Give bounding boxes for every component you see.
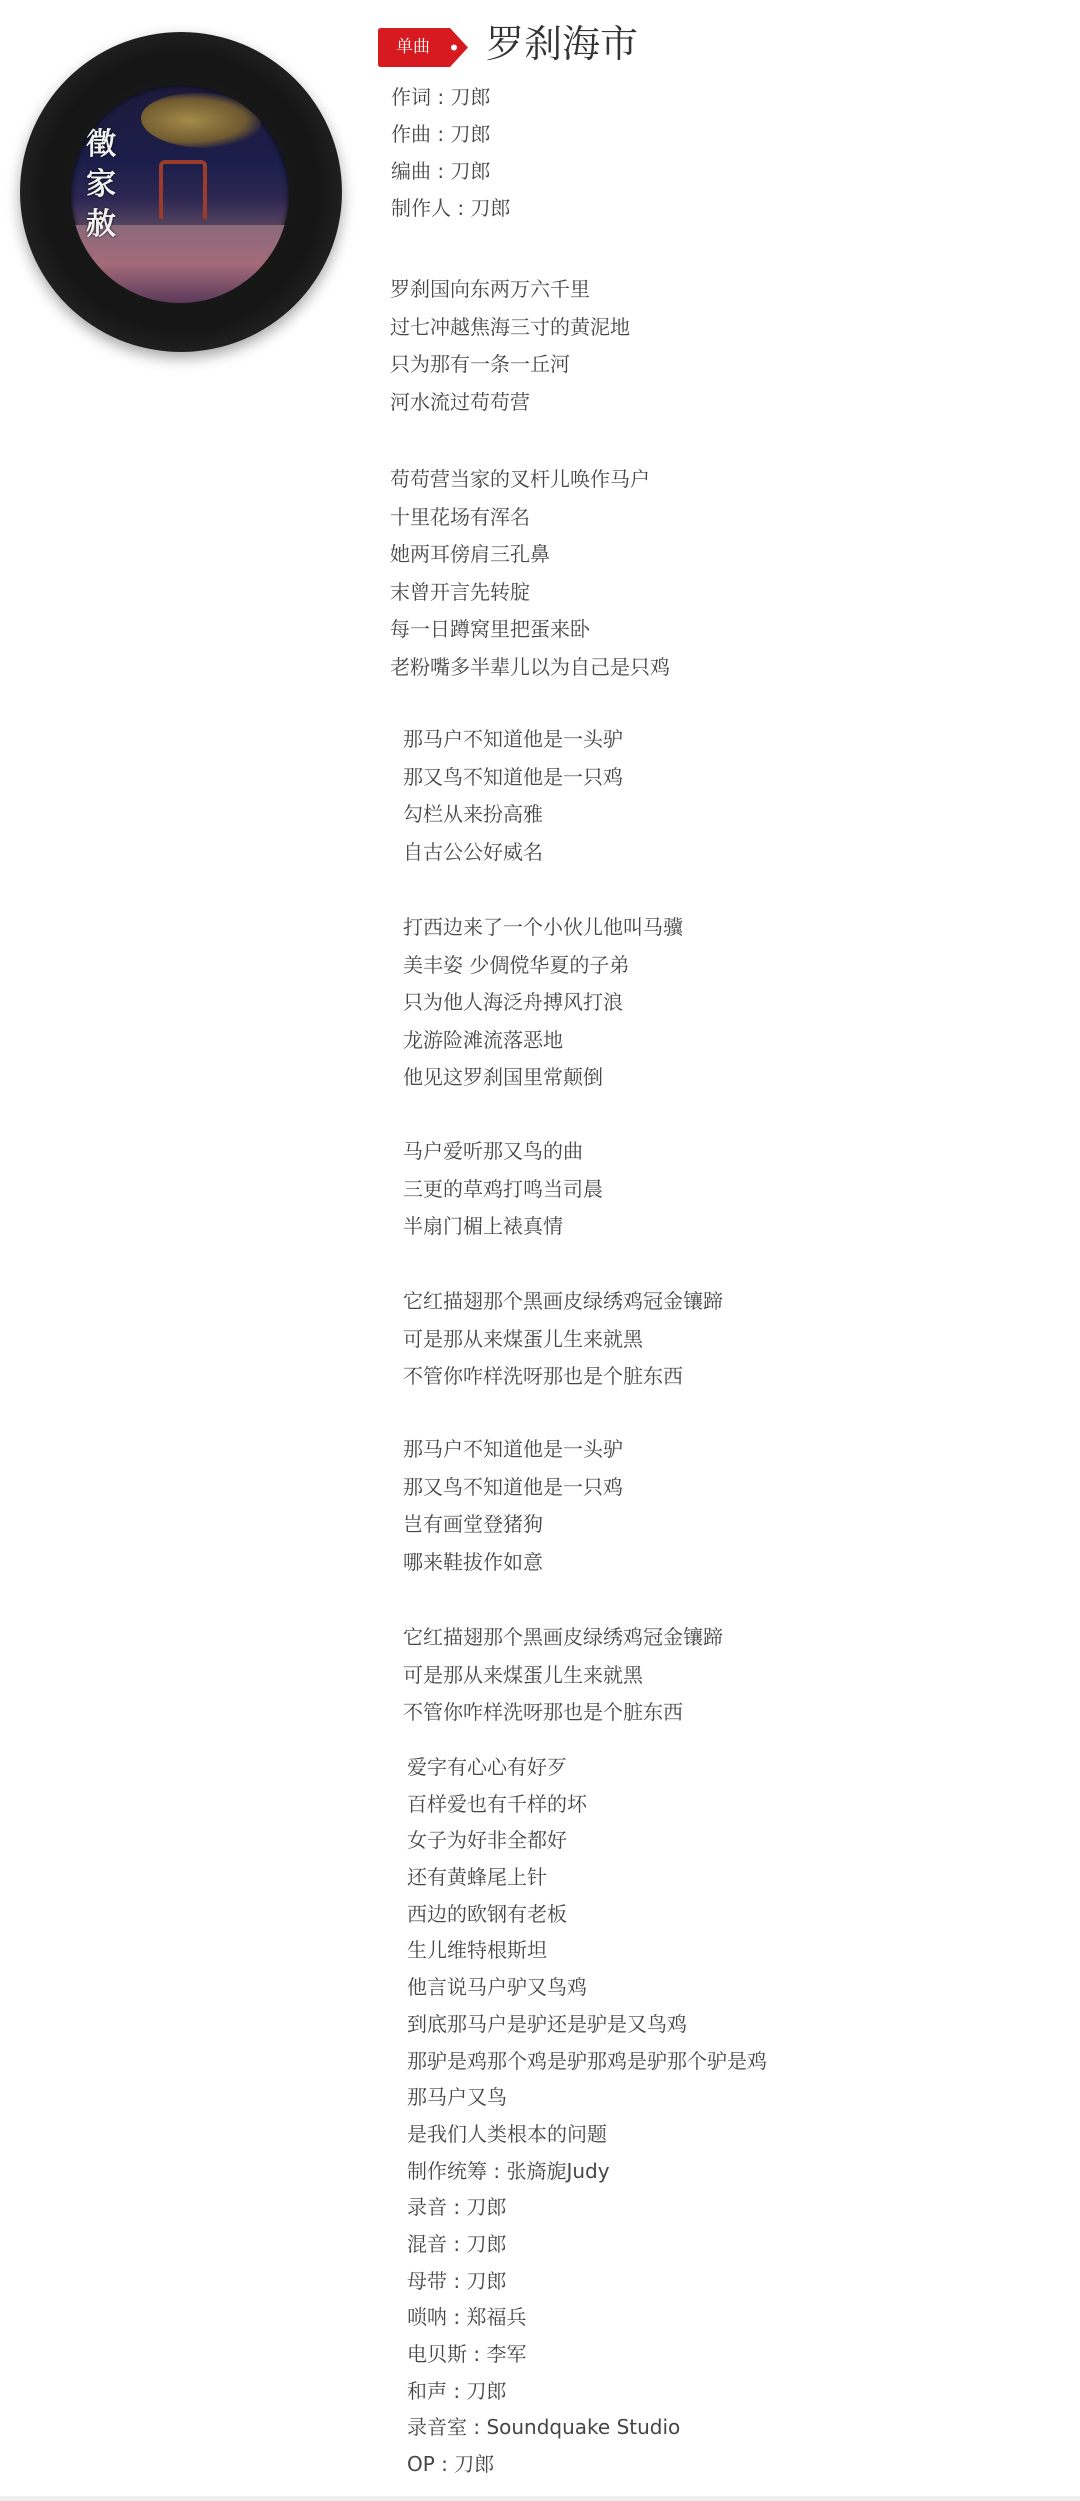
credit-line: 录音室 : Soundquake Studio (407, 2409, 767, 2446)
single-tag: 单曲 (378, 28, 468, 67)
lyric-line: 百样爱也有千样的坏 (407, 1786, 767, 1823)
lyric-line: 老粉嘴多半辈儿以为自己是只鸡 (390, 649, 670, 687)
lyric-line: 岂有画堂登猪狗 (403, 1506, 623, 1544)
verse-2: 苟苟营当家的叉杆儿唤作马户 十里花场有浑名 她两耳傍肩三孔鼻 末曾开言先转腚 每… (390, 461, 670, 686)
lyric-line: 是我们人类根本的问题 (407, 2116, 767, 2153)
lyric-line: 那马户不知道他是一头驴 (403, 721, 623, 759)
credit-line: 电贝斯 : 李军 (407, 2336, 767, 2373)
lyric-line: 可是那从来煤蛋儿生来就黑 (403, 1321, 723, 1359)
lyric-line: 打西边来了一个小伙儿他叫马骥 (403, 909, 683, 947)
lyric-line: 十里花场有浑名 (390, 499, 670, 537)
lyric-line: 马户爱听那又鸟的曲 (403, 1133, 603, 1171)
lyric-line: 不管你咋样洗呀那也是个脏东西 (403, 1694, 723, 1732)
lyric-line: 勾栏从来扮高雅 (403, 796, 623, 834)
verse-6: 它红描翅那个黑画皮绿绣鸡冠金镶蹄 可是那从来煤蛋儿生来就黑 不管你咋样洗呀那也是… (403, 1283, 723, 1396)
cover-char: 家 (81, 165, 121, 205)
lyric-line: 末曾开言先转腚 (390, 574, 670, 612)
tag-label: 单曲 (396, 28, 430, 67)
lyric-line: 美丰姿 少倜傥华夏的子弟 (403, 947, 683, 985)
credit-line: 母带 : 刀郎 (407, 2263, 767, 2300)
verse-1: 罗刹国向东两万六千里 过七冲越焦海三寸的黄泥地 只为那有一条一丘河 河水流过苟苟… (390, 271, 630, 421)
lyric-line: 每一日蹲窝里把蛋来卧 (390, 611, 670, 649)
lyric-line: 她两耳傍肩三孔鼻 (390, 536, 670, 574)
lyric-line: 那马户不知道他是一头驴 (403, 1431, 623, 1469)
verse-4: 打西边来了一个小伙儿他叫马骥 美丰姿 少倜傥华夏的子弟 只为他人海泛舟搏风打浪 … (403, 909, 683, 1097)
lyric-line: 哪来鞋拔作如意 (403, 1544, 623, 1582)
lyric-line: 三更的草鸡打鸣当司晨 (403, 1171, 603, 1209)
lyric-line: 只为那有一条一丘河 (390, 346, 630, 384)
song-title: 罗刹海市 (486, 18, 638, 70)
credit-line: 唢呐 : 郑福兵 (407, 2299, 767, 2336)
lyric-line: 过七冲越焦海三寸的黄泥地 (390, 309, 630, 347)
credit-line: 作曲 : 刀郎 (391, 116, 510, 153)
lyric-line: 它红描翅那个黑画皮绿绣鸡冠金镶蹄 (403, 1619, 723, 1657)
credit-line: 作词 : 刀郎 (391, 79, 510, 116)
bottom-divider (0, 2496, 1080, 2501)
credit-line: 录音 : 刀郎 (407, 2189, 767, 2226)
lyric-line: 那又鸟不知道他是一只鸡 (403, 759, 623, 797)
verse-3: 那马户不知道他是一头驴 那又鸟不知道他是一只鸡 勾栏从来扮高雅 自古公公好威名 (403, 721, 623, 871)
lyric-line: 半扇门楣上裱真情 (403, 1208, 603, 1246)
lyric-line: 龙游险滩流落恶地 (403, 1022, 683, 1060)
cover-char: 赦 (81, 205, 121, 245)
cover-calligraphy: 徵 家 赦 (81, 125, 121, 245)
cover-char: 徵 (81, 125, 121, 165)
verse-9: 爱字有心心有好歹 百样爱也有千样的坏 女子为好非全都好 还有黄蜂尾上针 西边的欧… (407, 1749, 767, 2483)
credit-line: 制作人 : 刀郎 (391, 190, 510, 227)
lyric-line: 罗刹国向东两万六千里 (390, 271, 630, 309)
verse-7: 那马户不知道他是一头驴 那又鸟不知道他是一只鸡 岂有画堂登猪狗 哪来鞋拔作如意 (403, 1431, 623, 1581)
lyric-line: 那驴是鸡那个鸡是驴那鸡是驴那个驴是鸡 (407, 2043, 767, 2080)
lyric-line: 西边的欧钢有老板 (407, 1896, 767, 1933)
verse-8: 它红描翅那个黑画皮绿绣鸡冠金镶蹄 可是那从来煤蛋儿生来就黑 不管你咋样洗呀那也是… (403, 1619, 723, 1732)
dragon-illustration (141, 93, 261, 148)
lyric-line: 爱字有心心有好歹 (407, 1749, 767, 1786)
lyric-line: 他言说马户驴又鸟鸡 (407, 1969, 767, 2006)
verse-5: 马户爱听那又鸟的曲 三更的草鸡打鸣当司晨 半扇门楣上裱真情 (403, 1133, 603, 1246)
credit-line: 制作统筹 : 张旖旎Judy (407, 2153, 767, 2190)
credit-line: 和声 : 刀郎 (407, 2373, 767, 2410)
lyric-line: 它红描翅那个黑画皮绿绣鸡冠金镶蹄 (403, 1283, 723, 1321)
album-cover-art: 徵 家 赦 (71, 85, 289, 303)
lyric-line: 他见这罗刹国里常颠倒 (403, 1059, 683, 1097)
credit-line: OP : 刀郎 (407, 2446, 767, 2483)
credits-top: 作词 : 刀郎 作曲 : 刀郎 编曲 : 刀郎 制作人 : 刀郎 (391, 79, 510, 227)
lyric-line: 苟苟营当家的叉杆儿唤作马户 (390, 461, 670, 499)
lyric-line: 只为他人海泛舟搏风打浪 (403, 984, 683, 1022)
lyric-line: 那马户又鸟 (407, 2079, 767, 2116)
temple-illustration (159, 160, 207, 219)
lyric-line: 生儿维特根斯坦 (407, 1932, 767, 1969)
credit-line: 混音 : 刀郎 (407, 2226, 767, 2263)
lyric-line: 可是那从来煤蛋儿生来就黑 (403, 1657, 723, 1695)
lyric-line: 女子为好非全都好 (407, 1822, 767, 1859)
lyric-line: 到底那马户是驴还是驴是又鸟鸡 (407, 2006, 767, 2043)
lyric-line: 河水流过苟苟营 (390, 384, 630, 422)
lyric-line: 还有黄蜂尾上针 (407, 1859, 767, 1896)
credit-line: 编曲 : 刀郎 (391, 153, 510, 190)
lyric-line: 那又鸟不知道他是一只鸡 (403, 1469, 623, 1507)
lyric-line: 自古公公好威名 (403, 834, 623, 872)
lyric-line: 不管你咋样洗呀那也是个脏东西 (403, 1358, 723, 1396)
